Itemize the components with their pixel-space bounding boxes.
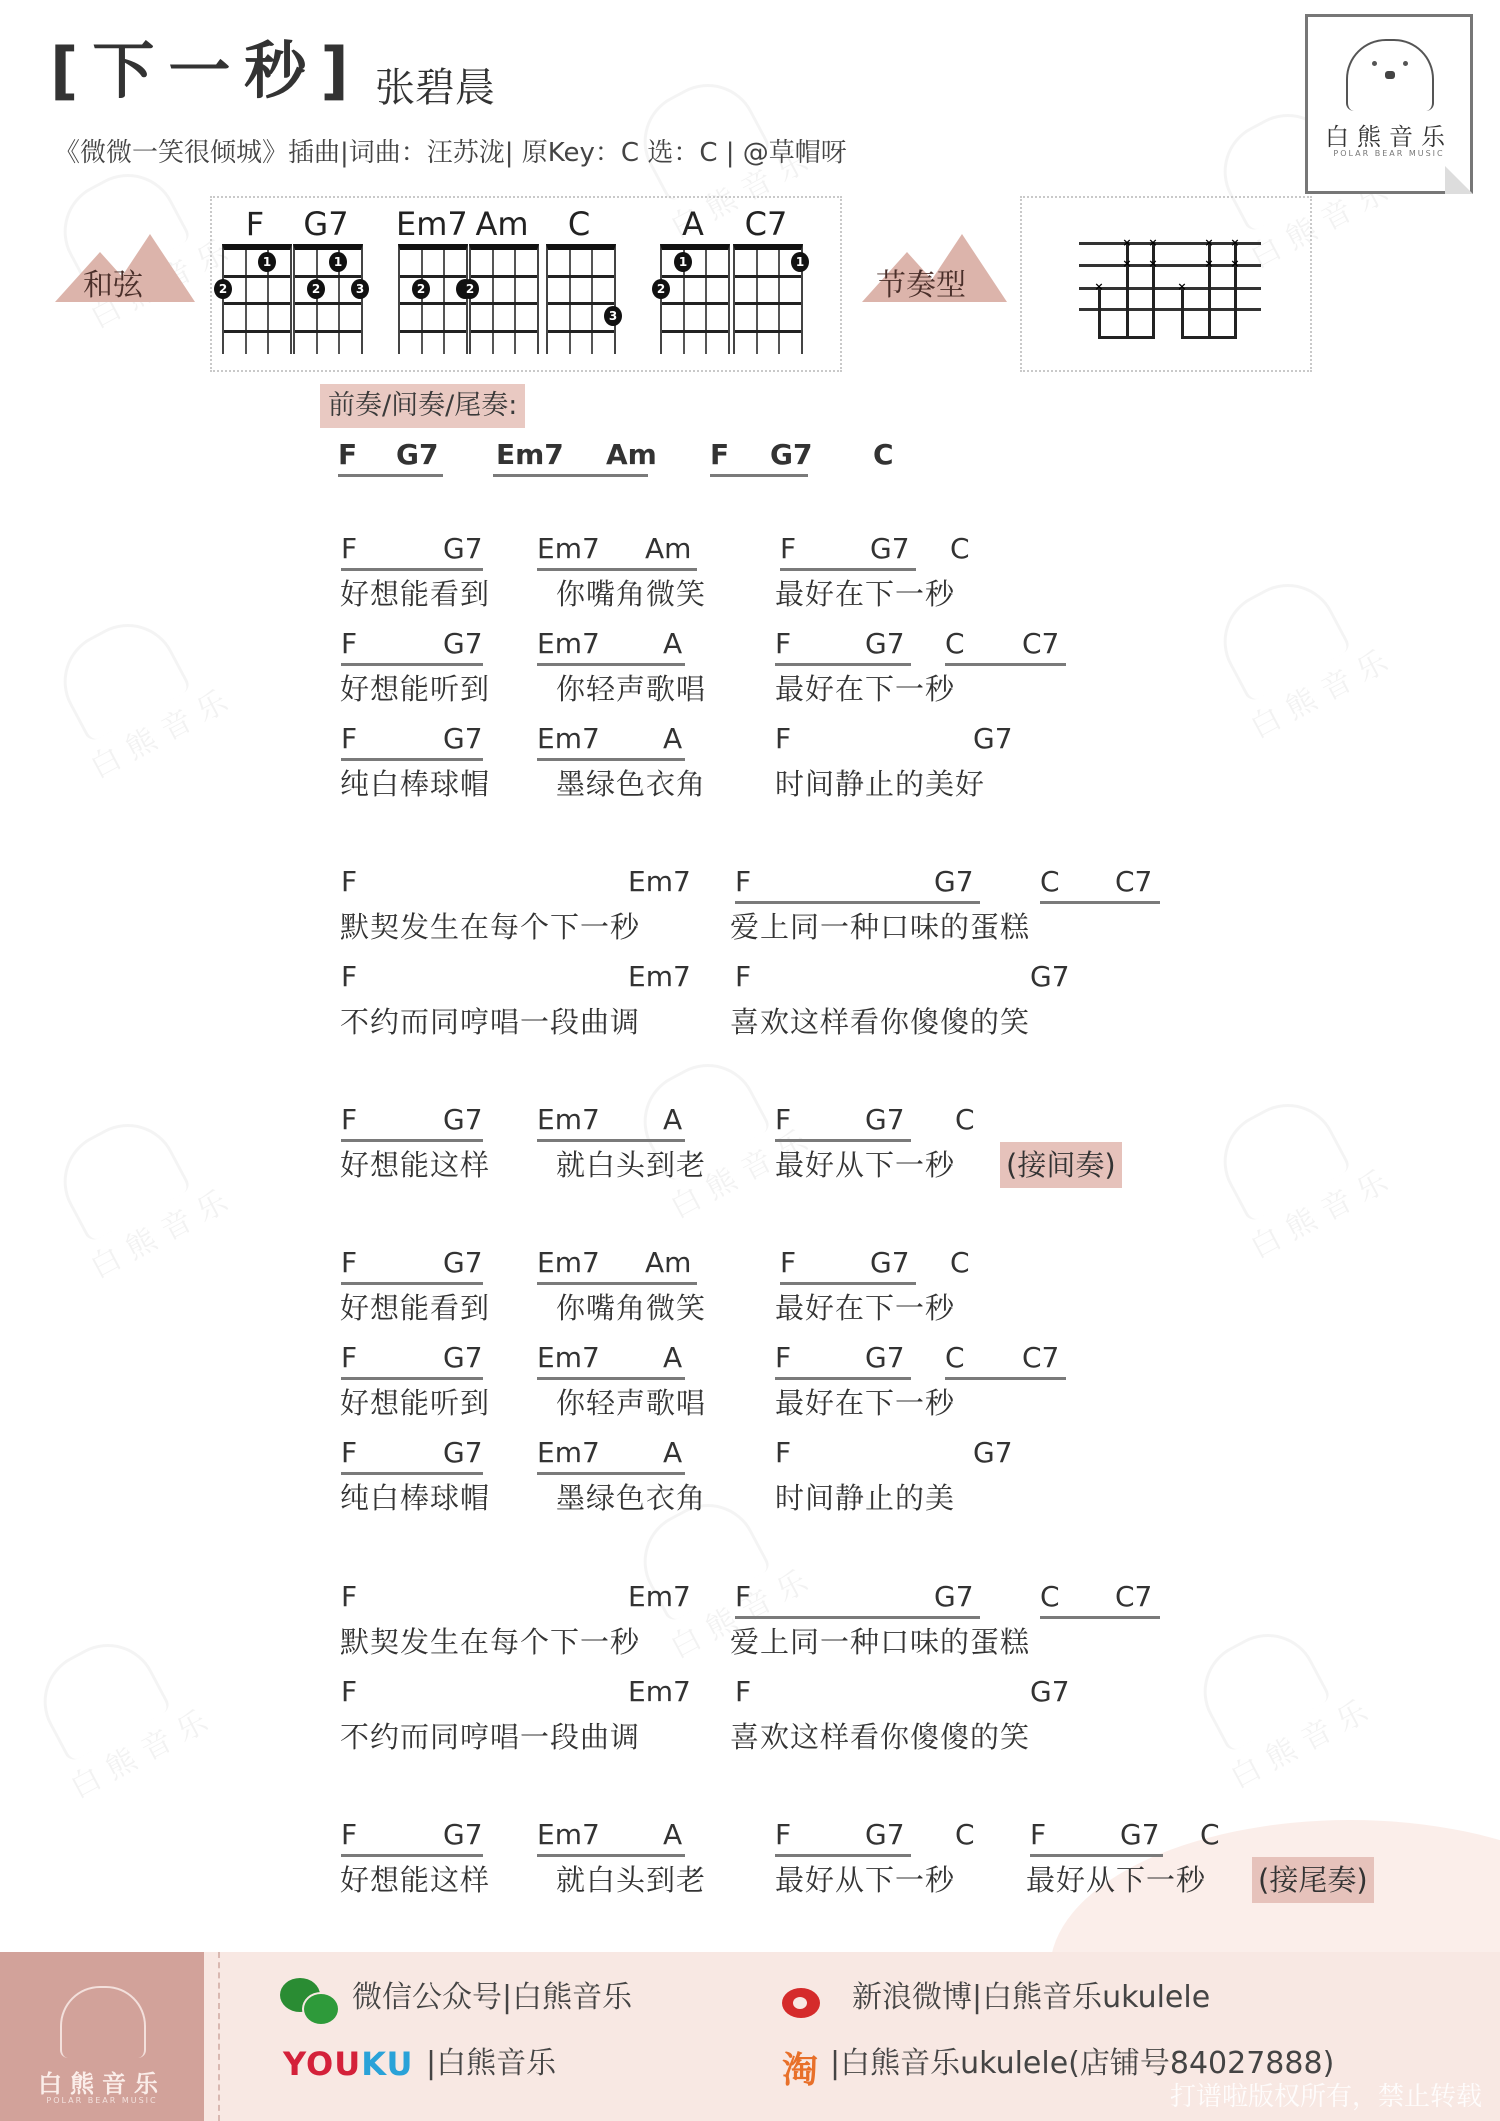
chord-diagram: C3 xyxy=(544,204,614,354)
song-title: [下一秒] xyxy=(50,40,363,102)
lyric-phrase: 好想能看到 xyxy=(340,576,490,612)
lyric-phrase: 最好在下一秒 xyxy=(775,671,955,707)
lyric-phrase: 喜欢这样看你傻傻的笑 xyxy=(730,1004,1030,1040)
chord-underline xyxy=(780,1282,916,1285)
chord-underline xyxy=(537,758,685,761)
chord-symbol: F xyxy=(341,1675,357,1709)
weibo-account[interactable]: 新浪微博|白熊音乐ukulele xyxy=(852,1978,1210,2018)
fretboard: 3 xyxy=(546,244,616,354)
chord-symbol: C xyxy=(955,1818,975,1852)
chord-diagram: A12 xyxy=(658,204,728,354)
brand-logo: 白熊音乐 POLAR BEAR MUSIC xyxy=(1305,14,1473,194)
chord-name: G7 xyxy=(291,204,361,244)
chord-symbol: G7 xyxy=(443,722,483,756)
chord-symbol: G7 xyxy=(443,1341,483,1375)
chord-underline xyxy=(945,663,1066,666)
chord-underline xyxy=(735,1616,980,1619)
chord-underline xyxy=(341,1282,483,1285)
section-cue: (接间奏) xyxy=(1000,1142,1122,1188)
chord-name: F xyxy=(220,204,290,244)
finger-dot: 3 xyxy=(604,306,622,326)
chord-symbol: F xyxy=(780,1246,796,1280)
chord-symbol: C7 xyxy=(1022,627,1059,661)
chord-symbol: F xyxy=(735,1580,751,1614)
watermark: 白熊音乐 xyxy=(37,1090,243,1286)
chord-diagram: F12 xyxy=(220,204,290,354)
strum-pattern-panel: × ×× ×× × ×× ×× xyxy=(1020,196,1312,372)
finger-dot: 2 xyxy=(412,279,430,299)
bear-icon xyxy=(1346,39,1434,111)
intro-chord: F xyxy=(338,438,357,472)
finger-dot: 2 xyxy=(214,279,232,299)
lyric-phrase: 不约而同哼唱一段曲调 xyxy=(340,1004,640,1040)
chord-symbol: F xyxy=(775,627,791,661)
logo-subtext: POLAR BEAR MUSIC xyxy=(1308,149,1470,158)
chord-symbol: C xyxy=(945,1341,965,1375)
lyric-phrase: 你轻声歌唱 xyxy=(556,1385,706,1421)
lyric-phrase: 好想能这样 xyxy=(340,1147,490,1183)
chord-symbol: Em7 xyxy=(628,1580,691,1614)
chord-symbol: F xyxy=(341,532,357,566)
chord-underline xyxy=(341,758,483,761)
chord-symbol: Am xyxy=(645,532,691,566)
chord-symbol: C7 xyxy=(1022,1341,1059,1375)
lyric-phrase: 好想能这样 xyxy=(340,1862,490,1898)
fretboard: 12 xyxy=(660,244,730,354)
chord-underline xyxy=(341,1854,483,1857)
lyric-phrase: 喜欢这样看你傻傻的笑 xyxy=(730,1719,1030,1755)
chord-underline xyxy=(338,474,443,477)
fretboard: 12 xyxy=(222,244,292,354)
chord-symbol: F xyxy=(1030,1818,1046,1852)
lyric-phrase: 最好从下一秒 xyxy=(775,1862,955,1898)
chord-symbol: F xyxy=(341,722,357,756)
chord-symbol: F xyxy=(735,960,751,994)
watermark: 白熊音乐 xyxy=(1197,550,1403,746)
chord-symbol: C xyxy=(1200,1818,1220,1852)
fretboard: 23 xyxy=(398,244,468,354)
chord-symbol: Em7 xyxy=(537,722,600,756)
fretboard: 1 xyxy=(733,244,803,354)
chord-symbol: G7 xyxy=(865,1818,905,1852)
lyric-phrase: 最好在下一秒 xyxy=(775,1385,955,1421)
strum-label-badge: 节奏型 xyxy=(862,232,1012,302)
chord-underline xyxy=(341,568,483,571)
lyric-phrase: 就白头到老 xyxy=(556,1862,706,1898)
lyric-phrase: 不约而同哼唱一段曲调 xyxy=(340,1719,640,1755)
chord-symbol: C xyxy=(950,532,970,566)
lyric-phrase: 爱上同一种口味的蛋糕 xyxy=(730,1624,1030,1660)
finger-dot: 1 xyxy=(329,252,347,272)
chord-symbol: A xyxy=(663,627,682,661)
chord-underline xyxy=(493,474,648,477)
watermark: 白熊音乐 xyxy=(617,1030,823,1226)
chord-symbol: Em7 xyxy=(537,1341,600,1375)
chord-symbol: F xyxy=(341,1436,357,1470)
intro-chord: F xyxy=(710,438,729,472)
taobao-icon: 淘 xyxy=(782,2042,818,2093)
intro-chord: G7 xyxy=(396,438,438,472)
finger-dot: 2 xyxy=(461,279,479,299)
chord-symbol: F xyxy=(775,1103,791,1137)
chord-underline xyxy=(537,663,685,666)
chord-symbol: G7 xyxy=(1120,1818,1160,1852)
chord-symbol: A xyxy=(663,1818,682,1852)
lyric-phrase: 最好在下一秒 xyxy=(775,1290,955,1326)
chord-underline xyxy=(341,1139,483,1142)
wechat-icon xyxy=(280,1978,340,2024)
footer-logo: 白熊音乐 POLAR BEAR MUSIC xyxy=(0,1952,204,2121)
chord-underline xyxy=(775,1139,911,1142)
lyric-phrase: 最好从下一秒 xyxy=(1026,1862,1206,1898)
footer-logo-text: 白熊音乐 xyxy=(0,2064,204,2099)
chords-label-badge: 和弦 xyxy=(55,232,195,302)
chord-symbol: Em7 xyxy=(628,865,691,899)
chord-symbol: C xyxy=(1040,865,1060,899)
finger-dot: 1 xyxy=(674,252,692,272)
chord-symbol: F xyxy=(341,1341,357,1375)
chord-symbol: Em7 xyxy=(537,1436,600,1470)
chord-symbol: F xyxy=(735,1675,751,1709)
chord-name: Am xyxy=(467,204,537,244)
intro-chord: Am xyxy=(606,438,657,472)
chord-underline xyxy=(537,1377,685,1380)
lyric-phrase: 最好从下一秒 xyxy=(775,1147,955,1183)
lyric-phrase: 爱上同一种口味的蛋糕 xyxy=(730,909,1030,945)
lyric-phrase: 纯白棒球帽 xyxy=(340,766,490,802)
chord-diagram: G7123 xyxy=(291,204,361,354)
chord-symbol: G7 xyxy=(1030,960,1070,994)
chord-underline xyxy=(537,1854,685,1857)
weibo-icon xyxy=(782,1980,826,2020)
lyric-phrase: 你轻声歌唱 xyxy=(556,671,706,707)
chord-symbol: G7 xyxy=(443,1436,483,1470)
chord-underline xyxy=(1040,901,1160,904)
lyric-phrase: 默契发生在每个下一秒 xyxy=(340,1624,640,1660)
chord-symbol: A xyxy=(663,1341,682,1375)
chord-symbol: A xyxy=(663,722,682,756)
chord-symbol: F xyxy=(341,1103,357,1137)
chord-symbol: G7 xyxy=(865,1103,905,1137)
lyric-phrase: 好想能看到 xyxy=(340,1290,490,1326)
chord-symbol: G7 xyxy=(870,1246,910,1280)
chord-symbol: C xyxy=(945,627,965,661)
page-fold-icon xyxy=(1445,166,1473,194)
chord-symbol: G7 xyxy=(443,1818,483,1852)
chord-symbol: F xyxy=(341,1818,357,1852)
chord-diagrams-panel: F12G7123Em723Am2C3A12C71 xyxy=(210,196,842,372)
chord-symbol: G7 xyxy=(443,1246,483,1280)
bear-icon xyxy=(60,1986,146,2058)
chord-name: C xyxy=(544,204,614,244)
strum-label: 节奏型 xyxy=(876,260,966,304)
lyric-phrase: 你嘴角微笑 xyxy=(556,576,706,612)
chord-symbol: F xyxy=(341,1246,357,1280)
section-cue: (接尾奏) xyxy=(1252,1857,1374,1903)
youku-account[interactable]: |白熊音乐 xyxy=(426,2044,556,2084)
chord-name: C7 xyxy=(731,204,801,244)
chord-symbol: A xyxy=(663,1436,682,1470)
finger-dot: 3 xyxy=(351,279,369,299)
chord-underline xyxy=(775,1854,911,1857)
chord-underline xyxy=(945,1377,1066,1380)
chord-symbol: C xyxy=(955,1103,975,1137)
chord-symbol: F xyxy=(775,1818,791,1852)
lyric-phrase: 墨绿色衣角 xyxy=(556,1480,706,1516)
chord-symbol: C7 xyxy=(1115,865,1152,899)
song-info: 《微微一笑很倾城》插曲|词曲：汪苏泷| 原Key：C 选：C | @草帽呀 xyxy=(54,132,847,169)
chord-symbol: F xyxy=(775,1341,791,1375)
lyric-phrase: 纯白棒球帽 xyxy=(340,1480,490,1516)
fretboard: 2 xyxy=(469,244,539,354)
chord-underline xyxy=(1040,1616,1160,1619)
logo-text: 白熊音乐 xyxy=(1308,117,1470,152)
watermark: 白熊音乐 xyxy=(37,590,243,786)
lyric-phrase: 默契发生在每个下一秒 xyxy=(340,909,640,945)
chord-symbol: G7 xyxy=(443,532,483,566)
chord-symbol: F xyxy=(775,1436,791,1470)
chord-diagram: Em723 xyxy=(396,204,466,354)
chord-symbol: F xyxy=(775,722,791,756)
intro-label: 前奏/间奏/尾奏: xyxy=(320,384,525,428)
chord-symbol: Em7 xyxy=(537,532,600,566)
chord-symbol: G7 xyxy=(934,1580,974,1614)
chord-symbol: Am xyxy=(645,1246,691,1280)
chords-label: 和弦 xyxy=(83,260,143,304)
chord-name: Em7 xyxy=(396,204,466,244)
chord-underline xyxy=(775,1377,911,1380)
chord-symbol: F xyxy=(341,865,357,899)
lyric-phrase: 最好在下一秒 xyxy=(775,576,955,612)
chord-symbol: F xyxy=(341,1580,357,1614)
intro-chord: G7 xyxy=(770,438,812,472)
chord-symbol: F xyxy=(341,627,357,661)
chord-symbol: G7 xyxy=(870,532,910,566)
finger-dot: 1 xyxy=(791,252,809,272)
chord-symbol: C xyxy=(950,1246,970,1280)
finger-dot: 2 xyxy=(652,279,670,299)
copyright-notice: 打谱啦版权所有，禁止转载 xyxy=(1170,2076,1482,2113)
chord-underline xyxy=(537,1139,685,1142)
intro-chord: C xyxy=(873,438,894,472)
chord-underline xyxy=(735,901,980,904)
chord-diagram: C71 xyxy=(731,204,801,354)
wechat-account[interactable]: 微信公众号|白熊音乐 xyxy=(352,1978,632,2018)
chord-underline xyxy=(780,568,916,571)
chord-symbol: F xyxy=(735,865,751,899)
chord-symbol: G7 xyxy=(443,1103,483,1137)
chord-symbol: G7 xyxy=(1030,1675,1070,1709)
chord-underline xyxy=(537,1282,697,1285)
chord-symbol: F xyxy=(341,960,357,994)
footer-logo-subtext: POLAR BEAR MUSIC xyxy=(0,2096,204,2105)
chord-name: A xyxy=(658,204,728,244)
lyric-phrase: 墨绿色衣角 xyxy=(556,766,706,802)
artist-name: 张碧晨 xyxy=(375,68,495,108)
chord-symbol: G7 xyxy=(973,722,1013,756)
lyric-phrase: 时间静止的美好 xyxy=(775,766,985,802)
youku-icon: YOUKU xyxy=(283,2045,413,2083)
chord-underline xyxy=(537,568,697,571)
watermark: 白熊音乐 xyxy=(1177,1600,1383,1796)
chord-underline xyxy=(341,663,483,666)
intro-chord: Em7 xyxy=(496,438,564,472)
chord-symbol: G7 xyxy=(865,627,905,661)
chord-symbol: Em7 xyxy=(537,1103,600,1137)
chord-symbol: Em7 xyxy=(628,1675,691,1709)
chord-symbol: C xyxy=(1040,1580,1060,1614)
lyric-phrase: 就白头到老 xyxy=(556,1147,706,1183)
chord-symbol: Em7 xyxy=(537,1246,600,1280)
lyric-phrase: 好想能听到 xyxy=(340,1385,490,1421)
chord-underline xyxy=(341,1377,483,1380)
chord-symbol: G7 xyxy=(865,1341,905,1375)
lyric-phrase: 你嘴角微笑 xyxy=(556,1290,706,1326)
finger-dot: 1 xyxy=(258,252,276,272)
chord-symbol: A xyxy=(663,1103,682,1137)
lyric-phrase: 好想能听到 xyxy=(340,671,490,707)
chord-symbol: G7 xyxy=(934,865,974,899)
chord-symbol: Em7 xyxy=(537,1818,600,1852)
chord-symbol: Em7 xyxy=(537,627,600,661)
footer: 白熊音乐 POLAR BEAR MUSIC 微信公众号|白熊音乐 YOUKU |… xyxy=(0,1952,1500,2121)
divider xyxy=(218,1952,220,2121)
chord-underline xyxy=(1030,1854,1163,1857)
chord-underline xyxy=(341,1472,483,1475)
strum-pattern-diagram: × ×× ×× × ×× ×× xyxy=(1079,238,1261,338)
watermark: 白熊音乐 xyxy=(1197,1070,1403,1266)
chord-symbol: Em7 xyxy=(628,960,691,994)
chord-underline xyxy=(537,1472,685,1475)
chord-underline xyxy=(710,474,808,477)
lyric-phrase: 时间静止的美 xyxy=(775,1480,955,1516)
watermark: 白熊音乐 xyxy=(17,1610,223,1806)
fretboard: 123 xyxy=(293,244,363,354)
chord-symbol: G7 xyxy=(973,1436,1013,1470)
finger-dot: 2 xyxy=(307,279,325,299)
chord-diagram: Am2 xyxy=(467,204,537,354)
chord-symbol: G7 xyxy=(443,627,483,661)
chord-symbol: F xyxy=(780,532,796,566)
chord-underline xyxy=(775,663,911,666)
chord-symbol: C7 xyxy=(1115,1580,1152,1614)
